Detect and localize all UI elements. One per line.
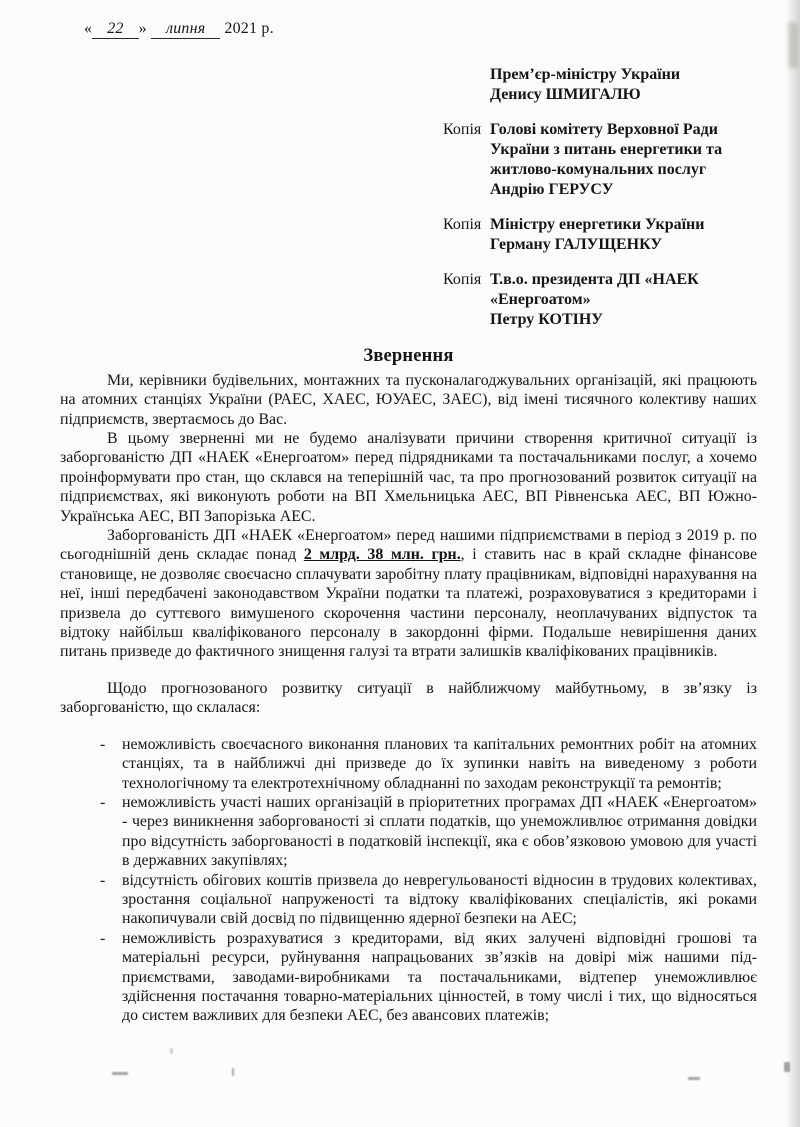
document-title: Звернення xyxy=(60,346,757,367)
date-day: 22 xyxy=(92,21,138,39)
recipient-line: Андрію ГЕРУСУ xyxy=(490,180,757,200)
list-dash: - xyxy=(100,871,105,890)
list-item-text: неможливість розрахуватися з кредиторами… xyxy=(122,930,757,1025)
list-item-creditors: - неможливість розрахуватися з кредитора… xyxy=(60,929,757,1026)
list-dash: - xyxy=(100,929,105,948)
debt-amount: 2 млрд. 38 млн. грн. xyxy=(304,546,461,563)
scan-artifact xyxy=(232,1068,234,1076)
date-year: 2021 р. xyxy=(220,20,273,37)
copy-label: Копія xyxy=(443,270,481,290)
scan-artifact xyxy=(688,1077,700,1080)
list-item-repairs: - неможливість своєчасного виконання пла… xyxy=(60,735,757,793)
date-open-quote: « xyxy=(84,20,92,37)
recipient-line: Прем’єр-міністру України xyxy=(490,65,757,85)
recipient-line: Міністру енергетики України xyxy=(490,215,757,235)
recipient-committee-head: Копія Голові комітету Верховної Ради Укр… xyxy=(443,120,757,200)
date-month: липня xyxy=(151,21,220,39)
list-item-text: неможливість своєчасного виконання плано… xyxy=(122,736,757,792)
recipient-energoatom-president: Копія Т.в.о. президента ДП «НАЕК «Енерго… xyxy=(443,270,757,330)
recipient-energy-minister: Копія Міністру енергетики України Герман… xyxy=(443,215,757,255)
page-content: «22» липня2021 р. Прем’єр-міністру Украї… xyxy=(0,0,800,1127)
list-item-working-capital: - відсутність обігових коштів призвела д… xyxy=(60,871,757,929)
list-item-programs: - неможливість участі наших організацій … xyxy=(60,793,757,871)
recipient-line: України з питань енергетики та xyxy=(490,140,757,160)
paragraph-intro: Ми, керівники будівельних, монтажних та … xyxy=(60,371,757,429)
scanned-letter-page: «22» липня2021 р. Прем’єр-міністру Украї… xyxy=(0,0,800,1127)
recipient-prime-minister: Прем’єр-міністру України Денису ШМИГАЛЮ xyxy=(443,65,757,105)
scan-artifact xyxy=(784,1062,790,1072)
consequences-list: - неможливість своєчасного виконання пла… xyxy=(60,735,757,1026)
date-line: «22» липня2021 р. xyxy=(84,20,757,39)
recipient-line: Петру КОТІНУ xyxy=(490,310,757,330)
scan-artifact xyxy=(112,1072,128,1075)
list-dash: - xyxy=(100,735,105,754)
list-dash: - xyxy=(100,793,105,812)
recipient-line: Т.в.о. президента ДП «НАЕК xyxy=(490,270,757,290)
scan-edge-smudge xyxy=(788,22,798,68)
copy-label: Копія xyxy=(443,215,481,235)
recipient-line: Герману ГАЛУЩЕНКУ xyxy=(490,235,757,255)
recipient-line: житлово-комунальних послуг xyxy=(490,160,757,180)
copy-label: Копія xyxy=(443,120,481,140)
letter-body: Ми, керівники будівельних, монтажних та … xyxy=(60,371,757,1026)
date-close-quote: » xyxy=(139,20,147,37)
recipient-line: Голові комітету Верховної Ради xyxy=(490,120,757,140)
recipient-line: Денису ШМИГАЛЮ xyxy=(490,85,757,105)
paragraph-debt: Заборгованість ДП «НАЕК «Енергоатом» пер… xyxy=(60,526,757,662)
recipients-block: Прем’єр-міністру України Денису ШМИГАЛЮ … xyxy=(443,65,757,330)
scan-artifact xyxy=(170,1048,173,1054)
debt-text-after: , і ставить нас в край складне фінансове… xyxy=(60,546,757,660)
paragraph-context: В цьому зверненні ми не будемо аналізува… xyxy=(60,429,757,526)
recipient-line: «Енергоатом» xyxy=(490,290,757,310)
list-item-text: відсутність обігових коштів призвела до … xyxy=(122,872,757,928)
list-item-text: неможливість участі наших організацій в … xyxy=(122,794,757,869)
paragraph-forecast-lead: Щодо прогнозованого розвитку ситуації в … xyxy=(60,679,757,718)
